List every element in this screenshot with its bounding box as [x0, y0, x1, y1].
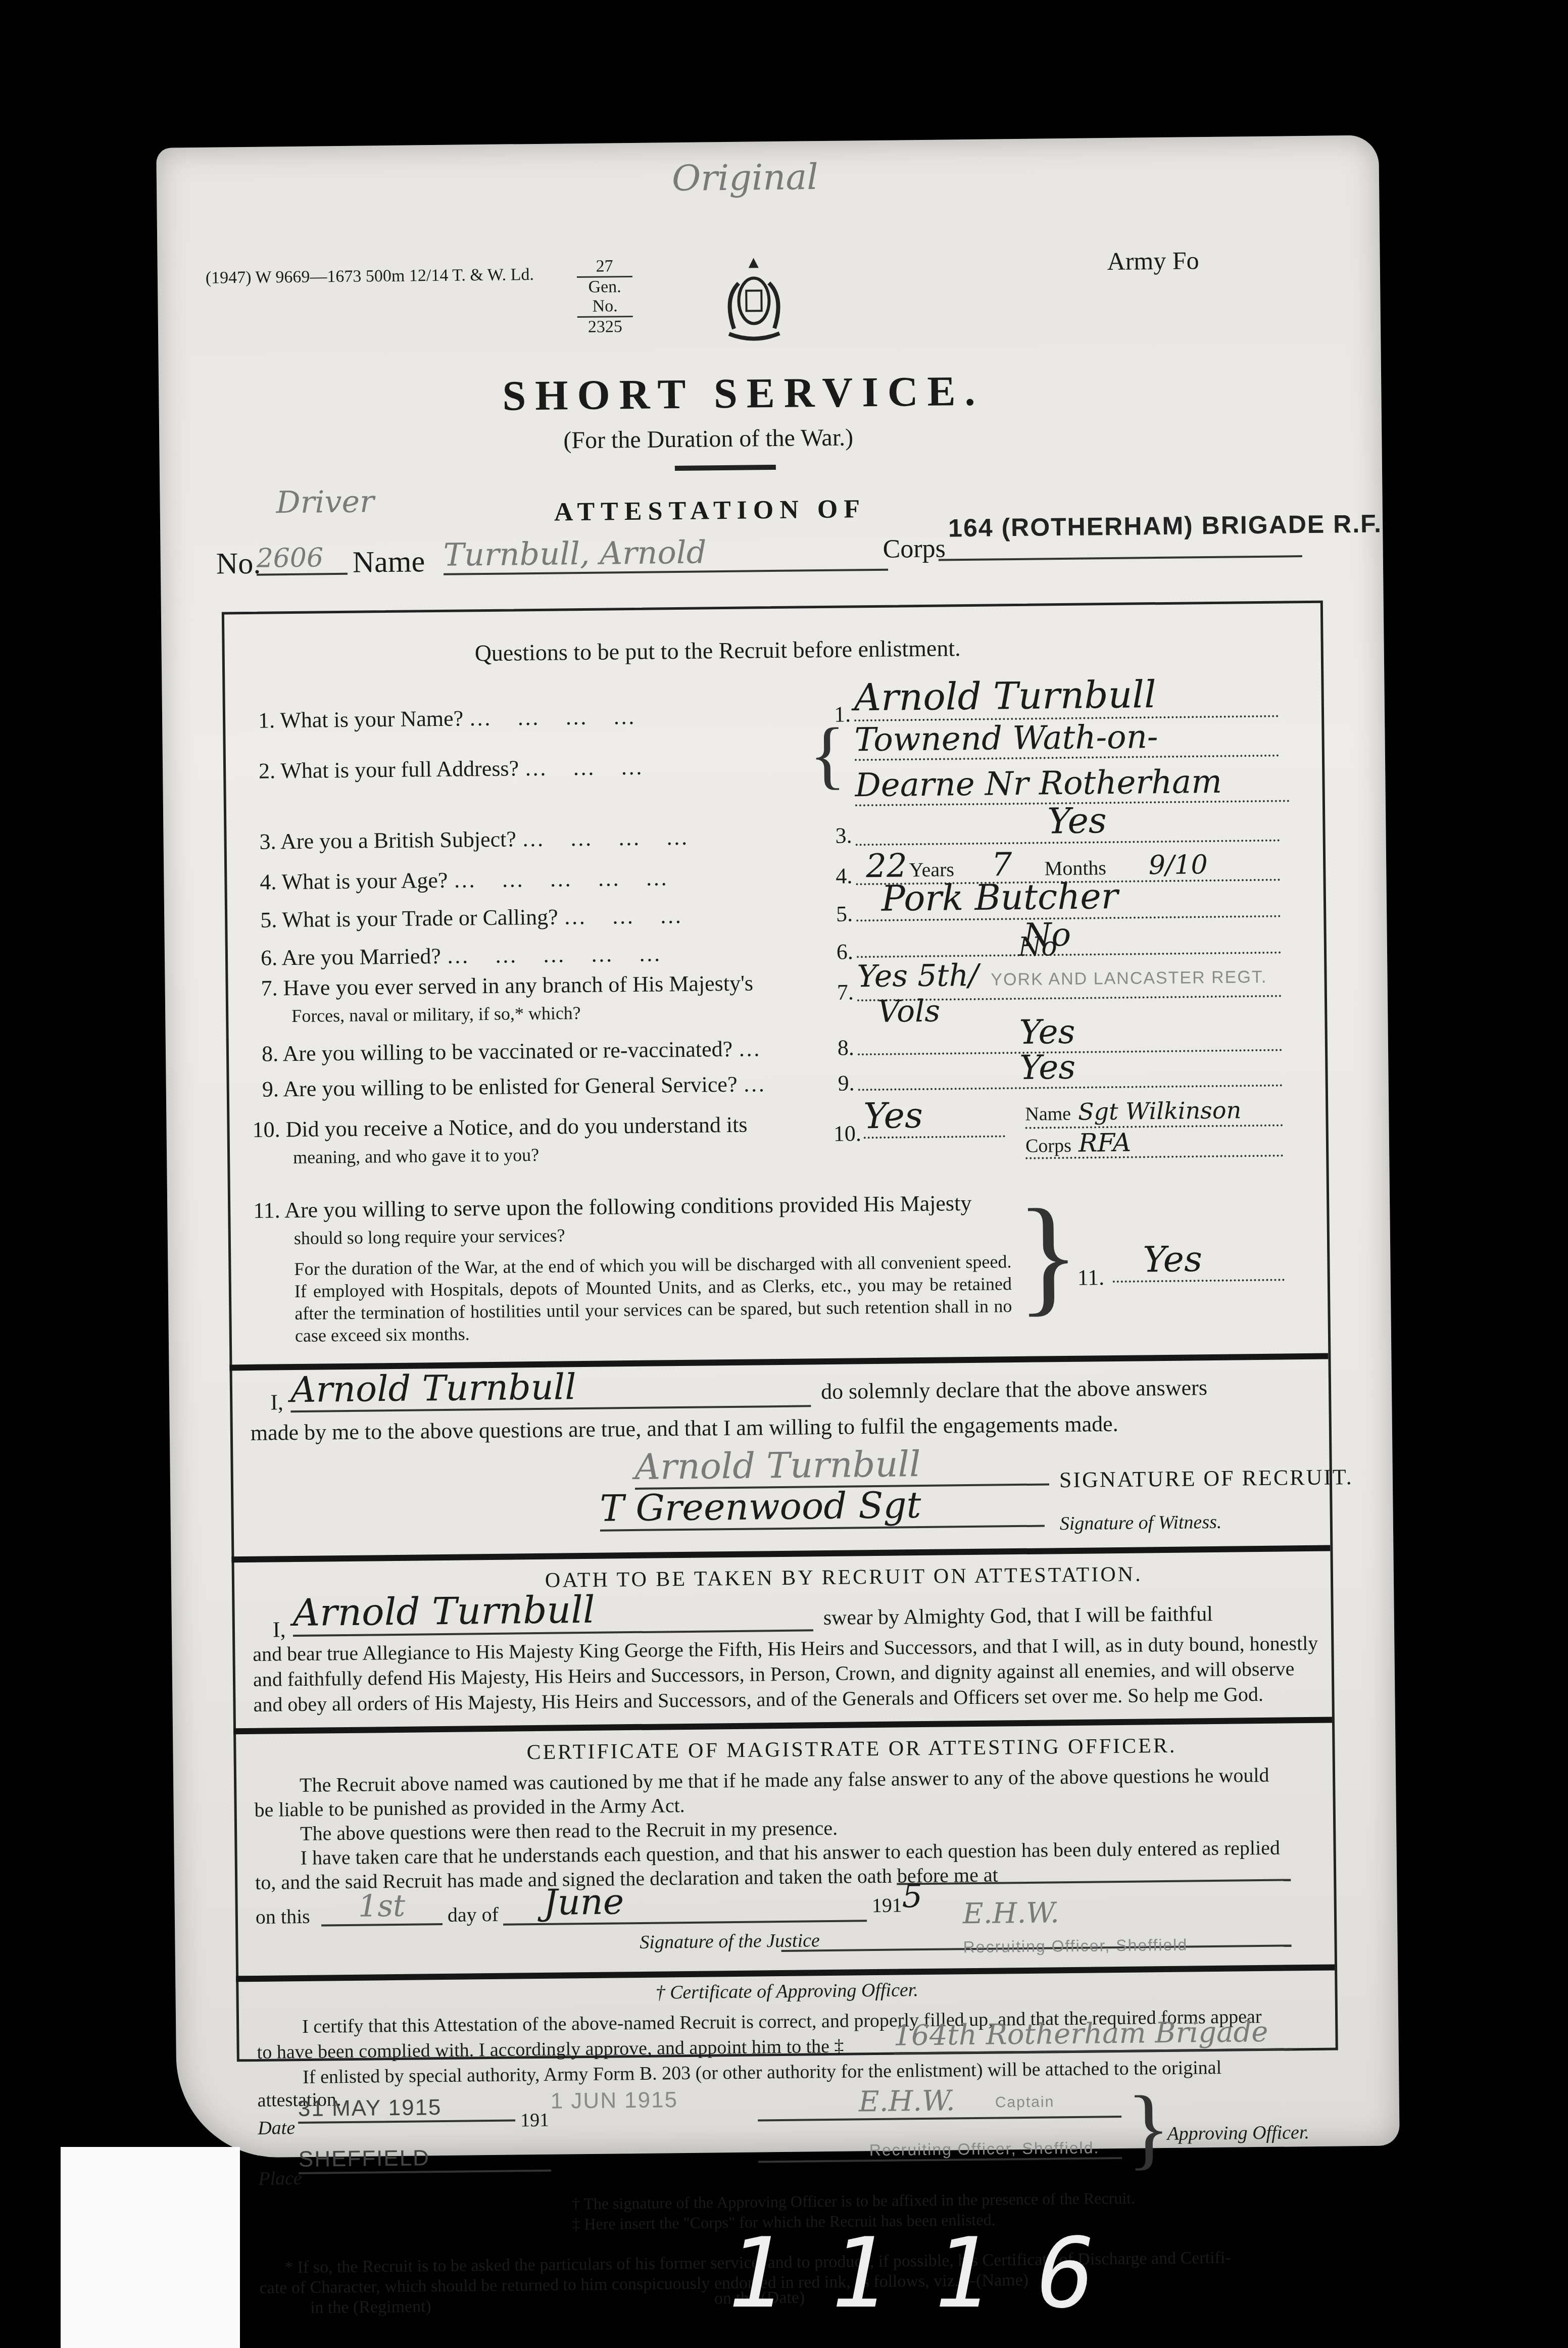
answer-11: Yes: [1112, 1238, 1285, 1283]
army-form-label: Army Fo: [1107, 246, 1199, 276]
place-label: Place: [258, 2167, 302, 2190]
question-list: 1. What is your Name? … … … … 1. Arnold …: [156, 135, 1379, 148]
question-11-sub: should so long require your services?: [294, 1225, 565, 1249]
recruit-signature-label: SIGNATURE OF RECRUIT.: [1059, 1464, 1353, 1493]
question-7-sub: Forces, naval or military, if so,* which…: [291, 1002, 581, 1026]
original-annotation: Original: [671, 156, 818, 199]
q-num: 8.: [262, 1041, 279, 1066]
witness-signature: T Greenwood Sgt: [600, 1483, 1045, 1532]
answer-8-num: 8.: [838, 1035, 855, 1060]
question-10: 10. Did you receive a Notice, and do you…: [252, 1112, 747, 1143]
answer-7-stamp: YORK AND LANCASTER REGT.: [991, 967, 1267, 990]
q-num: 10.: [252, 1117, 280, 1142]
approving-officer-label: Approving Officer.: [1167, 2121, 1309, 2145]
date-stamp-2: 1 JUN 1915: [551, 2087, 678, 2114]
month-field: June: [503, 1878, 867, 1926]
q-text: What is your full Address?: [280, 756, 519, 783]
magistrate-p1b: be liable to be punished as provided in …: [254, 1793, 685, 1822]
q-num: 9.: [262, 1077, 279, 1101]
notice-corps-line: Corps RFA: [1025, 1127, 1284, 1159]
justice-signature: E.H.W.: [963, 1896, 1060, 1930]
name-label: Name: [352, 544, 425, 579]
question-2: 2. What is your full Address? … … …: [259, 754, 653, 784]
service-number-field: 2606: [256, 543, 348, 576]
oath-name: Arnold Turnbull: [292, 1586, 813, 1637]
answer-4-num: 4.: [836, 863, 853, 889]
q-text: What is your Trade or Calling?: [282, 905, 558, 933]
oath-text-1: swear by Almighty God, that I will be fa…: [823, 1602, 1213, 1630]
gen-no-top: 27: [577, 257, 632, 278]
answer-7: Yes 5th/: [857, 958, 979, 995]
gen-no-label: Gen. No.: [577, 277, 633, 318]
no-label: No.: [216, 546, 261, 581]
scan-calibration-patch: [61, 2147, 240, 2348]
rank-annotation: Driver: [276, 484, 374, 520]
answer-6-num: 6.: [837, 939, 854, 964]
witness-label: Signature of Witness.: [1060, 1511, 1222, 1535]
brace: }: [1126, 2082, 1170, 2174]
appointed-to-field: 164th Rotherham Brigade: [893, 2015, 1293, 2054]
answer-7-extra: No: [1018, 932, 1057, 962]
q-num: 6.: [261, 945, 278, 970]
answer-10-num: 10.: [833, 1120, 861, 1147]
notice-name-label: Name: [1025, 1103, 1071, 1125]
year-field: 5: [902, 1878, 922, 1915]
notice-corps: RFA: [1078, 1128, 1131, 1158]
question-10-sub: meaning, and who gave it to you?: [293, 1144, 539, 1168]
attestation-paper: (1947) W 9669—1673 500m 12/14 T. & W. Ld…: [156, 135, 1400, 2158]
approving-heading: † Certificate of Approving Officer.: [655, 1979, 918, 2003]
day-field: 1st: [321, 1888, 443, 1927]
answer-2-line1: Townend Wath-on-: [854, 717, 1279, 761]
notice-name-line: Name Sgt Wilkinson: [1025, 1096, 1283, 1129]
date-stamp: 31 MAY 1915: [298, 2094, 516, 2124]
question-6: 6. Are you Married? … … … … …: [261, 941, 671, 970]
frame-number: 1116: [727, 2218, 1141, 2329]
corps-label: Corps: [883, 533, 946, 564]
answer-11-num: 11.: [1077, 1264, 1104, 1291]
q-text: Have you ever served in any branch of Hi…: [283, 970, 753, 1000]
question-3: 3. Are you a British Subject? … … … …: [259, 824, 698, 855]
declarant-name: Arnold Turnbull: [290, 1363, 811, 1412]
on-this-label: on this: [256, 1904, 310, 1929]
q-num: 4.: [260, 869, 277, 894]
q-num: 3.: [259, 829, 276, 854]
notice-corps-label: Corps: [1025, 1135, 1071, 1157]
answer-7-line: Yes 5th/ YORK AND LANCASTER REGT. Vols: [857, 955, 1282, 1002]
officer-title: Captain: [995, 2093, 1055, 2111]
q-text: Are you Married?: [281, 944, 441, 970]
q-text: What is your Age?: [281, 868, 448, 894]
form-subtitle: (For the Duration of the War.): [563, 423, 853, 454]
question-1: 1. What is your Name? … … … …: [258, 704, 646, 733]
q-text: Are you willing to be vaccinated or re-v…: [282, 1037, 732, 1066]
q-num: 7.: [261, 975, 278, 1000]
answer-5-num: 5.: [836, 901, 853, 926]
recruit-name-field: Turnbull, Arnold: [443, 532, 888, 575]
oath-prefix: I,: [273, 1617, 286, 1642]
service-conditions: For the duration of the War, at the end …: [294, 1250, 1012, 1347]
answer-9: Yes: [858, 1046, 1283, 1091]
place-stamp: SHEFFIELD: [299, 2144, 552, 2174]
q-num: 2.: [259, 758, 276, 783]
question-8: 8. Are you willing to be vaccinated or r…: [262, 1036, 761, 1066]
year-prefix: 191: [871, 1893, 902, 1918]
q-text: Did you receive a Notice, and do you und…: [285, 1112, 747, 1142]
gen-no-bottom: 2325: [577, 317, 633, 337]
answer-9-num: 9.: [838, 1070, 855, 1096]
q-num: 11.: [253, 1198, 280, 1223]
gen-no-block: 27 Gen. No. 2325: [577, 257, 633, 337]
date-label: Date: [258, 2117, 295, 2139]
question-5: 5. What is your Trade or Calling? … … …: [260, 903, 692, 933]
day-of-label: day of: [448, 1902, 499, 1927]
declaration-text-1: do solemnly declare that the above answe…: [821, 1375, 1207, 1404]
attestation-of-label: ATTESTATION OF: [554, 494, 866, 527]
notice-name: Sgt Wilkinson: [1078, 1096, 1242, 1125]
brace: {: [809, 717, 846, 793]
q-text: What is your Name?: [280, 706, 463, 732]
question-4: 4. What is your Age? … … … … …: [260, 865, 677, 895]
officer-signature: E.H.W.: [757, 2083, 1121, 2122]
corps-line: [939, 555, 1302, 561]
answer-3-num: 3.: [835, 822, 852, 848]
footer-note-regiment: in the (Regiment): [310, 2297, 431, 2318]
q-text: Are you willing to be enlisted for Gener…: [283, 1072, 738, 1101]
declaration-prefix: I,: [270, 1389, 283, 1415]
q-num: 5.: [260, 907, 277, 932]
officer-stamp: Recruiting Officer, Sheffield.: [758, 2138, 1122, 2163]
questions-header: Questions to be put to the Recruit befor…: [474, 634, 960, 666]
answer-7-num: 7.: [837, 979, 854, 1005]
form-title: SHORT SERVICE.: [502, 367, 985, 421]
justice-stamp: Recruiting Officer, Sheffield: [963, 1936, 1188, 1957]
answer-10: Yes: [863, 1094, 1005, 1139]
answer-1: Arnold Turnbull: [854, 672, 1279, 722]
date-year-prefix: 191: [520, 2109, 549, 2132]
answer-3: Yes: [855, 798, 1280, 846]
brace: }: [1016, 1189, 1081, 1321]
print-code: (1947) W 9669—1673 500m 12/14 T. & W. Ld…: [206, 265, 534, 288]
heading-rule: [675, 465, 776, 471]
q-text: Are you a British Subject?: [280, 826, 516, 854]
answer-6: No: [856, 914, 1281, 958]
question-7: 7. Have you ever served in any branch of…: [261, 970, 753, 1001]
q-num: 1.: [258, 708, 275, 732]
footnote-1: † The signature of the Approving Officer…: [572, 2189, 1136, 2214]
royal-crest-icon: [718, 253, 790, 344]
question-9: 9. Are you willing to be enlisted for Ge…: [262, 1071, 765, 1102]
corps-stamp: 164 (ROTHERHAM) BRIGADE R.F.: [948, 509, 1382, 543]
